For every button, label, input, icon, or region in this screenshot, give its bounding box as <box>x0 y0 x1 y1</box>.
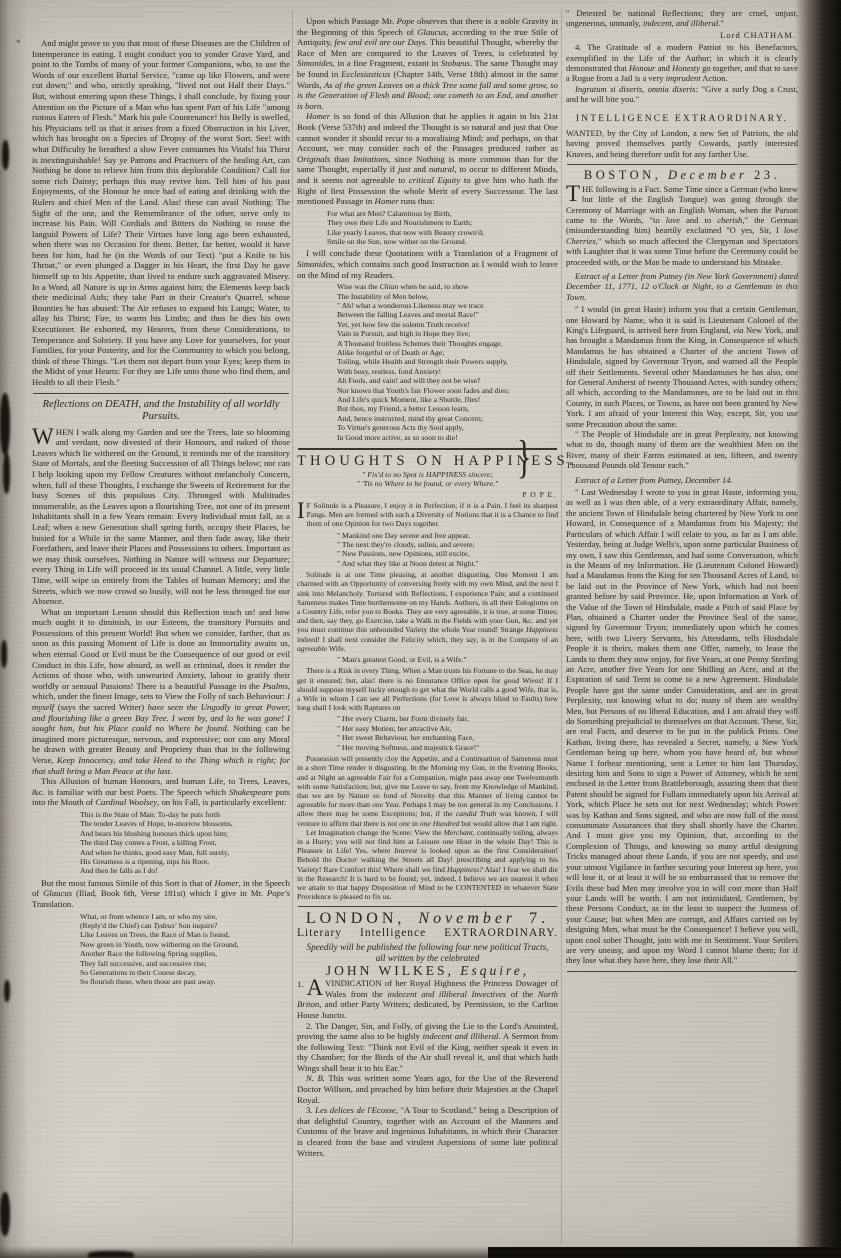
verse-line: " Her sweet Behaviour, her enchanting Fa… <box>337 733 558 742</box>
pope-attribution: P O P E. <box>297 490 556 499</box>
verse-line: And, hence instructed, mind thy great Co… <box>337 414 558 423</box>
wilkes-nb-note: N. B. This was written some Years ago, f… <box>297 1073 558 1105</box>
verse-line: Smile on the Sun, now wither on the Grou… <box>327 237 558 246</box>
homer-passage-verse: For what are Men? Calamitous by Birth,Th… <box>327 209 558 247</box>
verse-line: What, or from whence I am, or who my sir… <box>80 912 290 921</box>
verse-line: And when he thinks, good easy Man, full … <box>80 848 290 857</box>
possession-paragraph: Possession will presently cloy the Appet… <box>297 754 558 828</box>
verse-line: Now green in Youth, now withering on the… <box>80 940 290 949</box>
homer-simile-paragraph: But the most famous Simile of this Sort … <box>32 878 290 910</box>
london-dateline: LONDON, November 7. <box>297 914 558 925</box>
drop-cap: T <box>566 184 582 204</box>
conclude-quotations-paragraph: I will conclude these Quotations with a … <box>297 248 558 280</box>
verse-line: For what are Men? Calamitous by Birth, <box>327 209 558 218</box>
verse-line: His Greatness is a ripening, nips his Ro… <box>80 857 290 866</box>
wilkes-tract-4: 4. The Gratitude of a modern Patriot to … <box>566 42 798 84</box>
wolsey-verse: This is the State of Man: To-day he puts… <box>80 810 290 876</box>
verse-line: Vain in Pursuit, and high in Hope they l… <box>337 329 558 338</box>
allusion-paragraph: This Allusion of human Honours, and huma… <box>32 776 290 808</box>
verse-line: They fall successive, and successive ris… <box>80 959 290 968</box>
john-wilkes-heading: JOHN WILKES, Esquire, <box>297 966 558 977</box>
verse-line: Another Race the following Spring suppli… <box>80 949 290 958</box>
verse-line: " Her every Charm, her Form divinely fai… <box>337 714 558 723</box>
intelligence-heading: INTELLIGENCE EXTRAORDINARY. <box>566 114 798 124</box>
newspaper-page: And might prove to you that most of thes… <box>0 0 841 1258</box>
ink-blotch <box>4 980 10 1002</box>
london-rule <box>298 906 557 907</box>
ink-blotch <box>88 1251 134 1258</box>
putney-letter-1-close: " The People of Hindsdale are in great P… <box>566 429 798 471</box>
verse-line: " Her moving Softness, and majestick Gra… <box>337 743 558 752</box>
column-divider-1 <box>292 10 293 1244</box>
verse-line: The Instability of Men below, <box>337 292 558 301</box>
simonides-verse: Wise was the Chian when he said, to show… <box>337 282 558 442</box>
verse-line: Between the falling Leaves and mortal Ra… <box>337 310 558 319</box>
verse-line: " Her easy Motion, her attractive Air, <box>337 724 558 733</box>
item-number: 1. <box>297 978 304 990</box>
chatham-quote: " Detested be national Reflections; they… <box>566 8 798 29</box>
speedily-published-note: Speedily will be published the following… <box>301 942 554 964</box>
boston-rule <box>567 164 797 165</box>
wilkes-tract-2: 2. The Danger, Sin, and Folly, of giving… <box>297 1021 558 1074</box>
german-marriage-anecdote: THE following is a Fact. Some Time since… <box>566 184 798 267</box>
solitude-pleasing-paragraph: Solitude is at one Time pleasing, at ano… <box>297 570 558 653</box>
wilkes-tract-3: 3. Les delices de l'Ecosse, "A Tour to S… <box>297 1105 558 1158</box>
reflections-heading: Reflections on DEATH, and the Instabilit… <box>38 399 284 424</box>
verse-line: Like Leaves on Trees, the Race of Man is… <box>80 930 290 939</box>
verse-line: " New Passions, new Opinions, still exci… <box>337 549 558 558</box>
verse-line: And then he falls as I do! <box>80 866 290 875</box>
boston-dateline: BOSTON, December 23. <box>566 170 798 180</box>
drop-cap: W <box>32 427 56 447</box>
her-charm-verse: " Her every Charm, her Form divinely fai… <box>337 714 558 752</box>
putney-letter-1-heading: Extract of a Letter from Putney (in New … <box>566 271 798 302</box>
verse-line: A Thousand fruitless Schemes their Thoug… <box>337 339 558 348</box>
verse-line: They owe their Life and Nourishment to E… <box>327 218 558 227</box>
chatham-signature: Lord CHATHAM. <box>566 30 796 40</box>
section-rule <box>33 393 289 394</box>
verse-line: " Ah! what a wonderous Likeness may we t… <box>337 301 558 310</box>
homer-fond-paragraph: Homer is so fond of this Allusion that h… <box>297 111 558 206</box>
drop-cap: A <box>307 978 326 998</box>
verse-line: This is the State of Man: To-day he puts… <box>80 810 290 819</box>
pope-translation-verse: What, or from whence I am, or who my sir… <box>80 912 290 987</box>
scan-edge-left <box>0 0 28 1258</box>
merchant-paragraph: Let Imagination change the Scene: View t… <box>297 828 558 902</box>
ink-blotch <box>2 140 9 170</box>
verse-line: " Mankind one Day serene and free appear… <box>337 531 558 540</box>
ingratum-motto: Ingratum si dixeris, omnia dixeris: "Giv… <box>566 84 798 105</box>
ink-blotch <box>1 640 7 668</box>
reflections-paragraph: WHEN I walk along my Garden and see the … <box>32 427 290 607</box>
wanted-notice: WANTED, by the City of London, a new Set… <box>566 128 798 159</box>
verse-line: And bears his blushing honours thick upo… <box>80 829 290 838</box>
ink-blotch <box>0 393 10 455</box>
risk-paragraph: There is a Risk in every Thing. When a M… <box>297 666 558 712</box>
verse-line: Like yearly Leaves, that now with Beauty… <box>327 228 558 237</box>
verse-line: So flourish these, when those are past a… <box>80 977 290 986</box>
ink-blotch <box>0 1192 10 1236</box>
verse-line: The third Day comes a Frost, a killing F… <box>80 838 290 847</box>
verse-line: But thou, my Friend, a better Lesson lea… <box>337 404 558 413</box>
verse-line: The tender Leaves of Hope, to-morrow blo… <box>80 819 290 828</box>
putney-letter-2-heading: Extract of a Letter from Putney, Decembe… <box>566 475 798 485</box>
lesson-paragraph: What an important Lesson should this Ref… <box>32 607 290 777</box>
solitude-paragraph: IF Solitude is a Pleasure, I enjoy it in… <box>297 501 558 529</box>
column-middle: Upon which Passage Mr. Pope observes tha… <box>297 16 558 1158</box>
temperance-essay-paragraph: And might prove to you that most of thes… <box>32 38 290 388</box>
putney-letter-1-body: " I would (in great Haste) inform you th… <box>566 304 798 429</box>
scan-edge-bottom-bar <box>488 1247 841 1258</box>
putney-letter-2-body: " Last Wednesday I wrote to you in great… <box>566 487 798 966</box>
verse-line: Wise was the Chian when he said, to show <box>337 282 558 291</box>
verse-line: " And what they like at Noon detest at N… <box>337 559 558 568</box>
verse-line: Toiling, while Health and Strength their… <box>337 357 558 366</box>
column-left: And might prove to you that most of thes… <box>32 38 290 989</box>
literary-intelligence-heading: Literary Intelligence EXTRAORDINARY. <box>297 928 558 939</box>
column-right: " Detested be national Reflections; they… <box>566 8 798 976</box>
verse-brace-glyph: } <box>517 432 531 485</box>
wife-verse: " Man's greatest Good, or Evil, is a Wif… <box>337 655 558 664</box>
verse-line: With busy, restless, fond Anxiety! <box>337 367 558 376</box>
scan-edge-right <box>795 0 841 1258</box>
verse-line: So Generations in their Course decay, <box>80 968 290 977</box>
column-divider-2 <box>561 10 562 1244</box>
verse-line: Ah Fools, and vain! and will they not be… <box>337 376 558 385</box>
verse-line: And Life's quick Moment, like a Shuttle,… <box>337 395 558 404</box>
ink-blotch <box>3 452 10 494</box>
verse-line: " The next they're cloudy, sullen, and s… <box>337 540 558 549</box>
verse-line: Alike forgetful or of Death or Age; <box>337 348 558 357</box>
mankind-verse: " Mankind one Day serene and free appear… <box>337 531 558 569</box>
pope-observes-paragraph: Upon which Passage Mr. Pope observes tha… <box>297 16 558 111</box>
verse-line: Nor knows that Youth's fair Flower soon … <box>337 386 558 395</box>
wilkes-tract-1: 1.AVINDICATION of her Royal Highness the… <box>297 978 558 1020</box>
verse-line: " Man's greatest Good, or Evil, is a Wif… <box>337 655 558 664</box>
verse-line: Yet, yet how few the solemn Truth receiv… <box>337 320 558 329</box>
verse-line: (Reply'd the Chief) can Tydeus' Son inqu… <box>80 921 290 930</box>
drop-cap: I <box>297 501 307 521</box>
column-end-rule <box>567 971 797 972</box>
